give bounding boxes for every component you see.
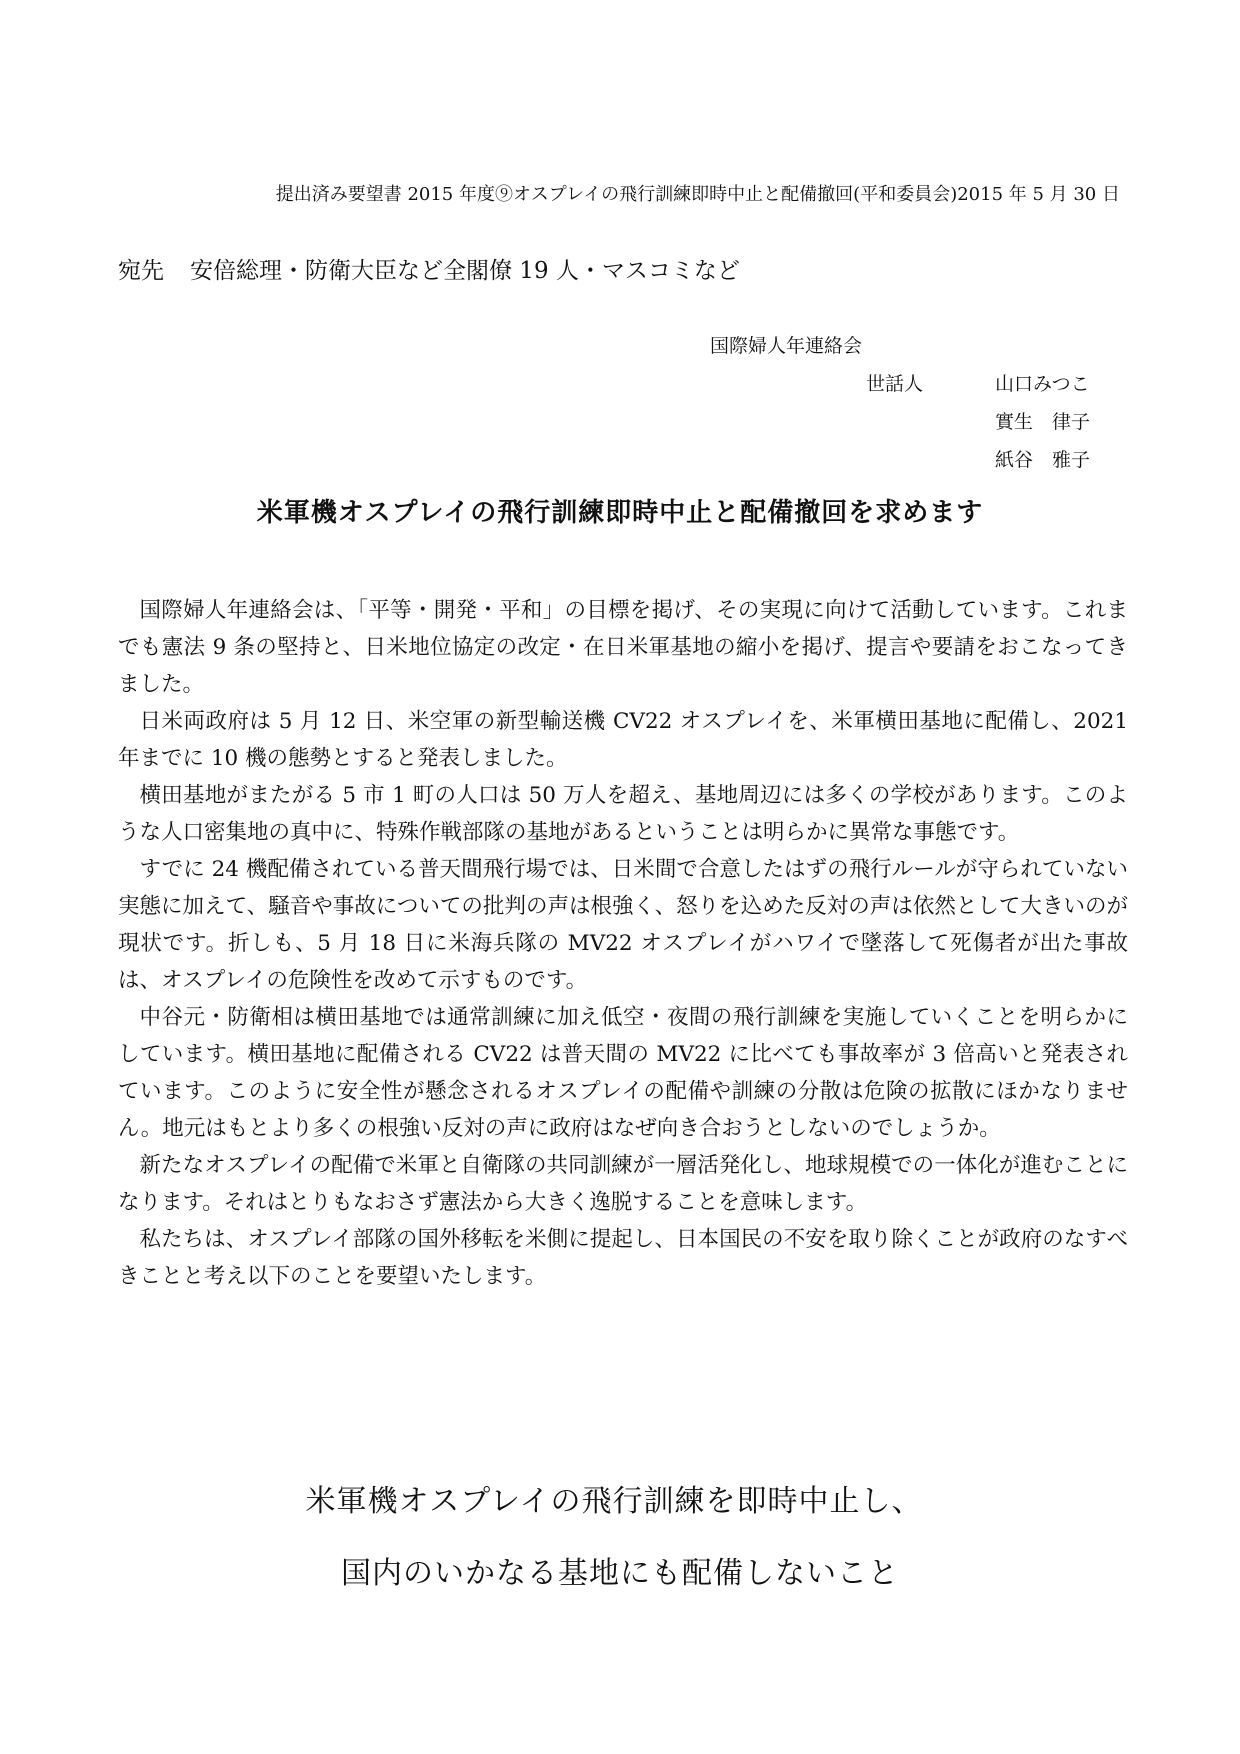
body-paragraph: 新たなオスプレイの配備で米軍と自衛隊の共同訓練が一層活発化し、地球規模での一体化… xyxy=(118,1147,1128,1221)
body-paragraph: 私たちは、オスプレイ部隊の国外移転を米側に提起し、日本国民の不安を取り除くことが… xyxy=(118,1221,1128,1295)
body-paragraph: すでに 24 機配備されている普天間飛行場では、日米間で合意したはずの飛行ルール… xyxy=(118,851,1128,999)
body-text: 国際婦人年連絡会は、「平等・開発・平和」の目標を掲げ、その実現に向けて活動してい… xyxy=(118,592,1128,1295)
sender-name: 山口みつこ xyxy=(995,372,1090,396)
body-paragraph: 日米両政府は 5 月 12 日、米空軍の新型輸送機 CV22 オスプレイを、米軍… xyxy=(118,703,1128,777)
sender-organization: 国際婦人年連絡会 xyxy=(710,334,862,358)
document-page: 提出済み要望書 2015 年度⑨オスプレイの飛行訓練即時中止と配備撤回(平和委員… xyxy=(0,0,1240,1754)
reference-line: 提出済み要望書 2015 年度⑨オスプレイの飛行訓練即時中止と配備撤回(平和委員… xyxy=(0,183,1120,207)
sender-name: 實生 律子 xyxy=(995,410,1090,434)
sender-name: 紙谷 雅子 xyxy=(995,448,1090,472)
document-title: 米軍機オスプレイの飛行訓練即時中止と配備撤回を求めます xyxy=(0,496,1240,530)
addressee-label: 宛先 xyxy=(118,258,164,284)
sender-role: 世話人 xyxy=(866,372,923,396)
demand-line-1: 米軍機オスプレイの飛行訓練を即時中止し、 xyxy=(0,1482,1234,1522)
addressee-recipients: 安倍総理・防衛大臣など全閣僚 19 人・マスコミなど xyxy=(190,258,740,284)
demand-line-2: 国内のいかなる基地にも配備しないこと xyxy=(0,1554,1240,1594)
addressee: 宛先安倍総理・防衛大臣など全閣僚 19 人・マスコミなど xyxy=(118,256,740,286)
body-paragraph: 国際婦人年連絡会は、「平等・開発・平和」の目標を掲げ、その実現に向けて活動してい… xyxy=(118,592,1128,703)
body-paragraph: 横田基地がまたがる 5 市 1 町の人口は 50 万人を超え、基地周辺には多くの… xyxy=(118,777,1128,851)
body-paragraph: 中谷元・防衛相は横田基地では通常訓練に加え低空・夜間の飛行訓練を実施していくこと… xyxy=(118,999,1128,1147)
